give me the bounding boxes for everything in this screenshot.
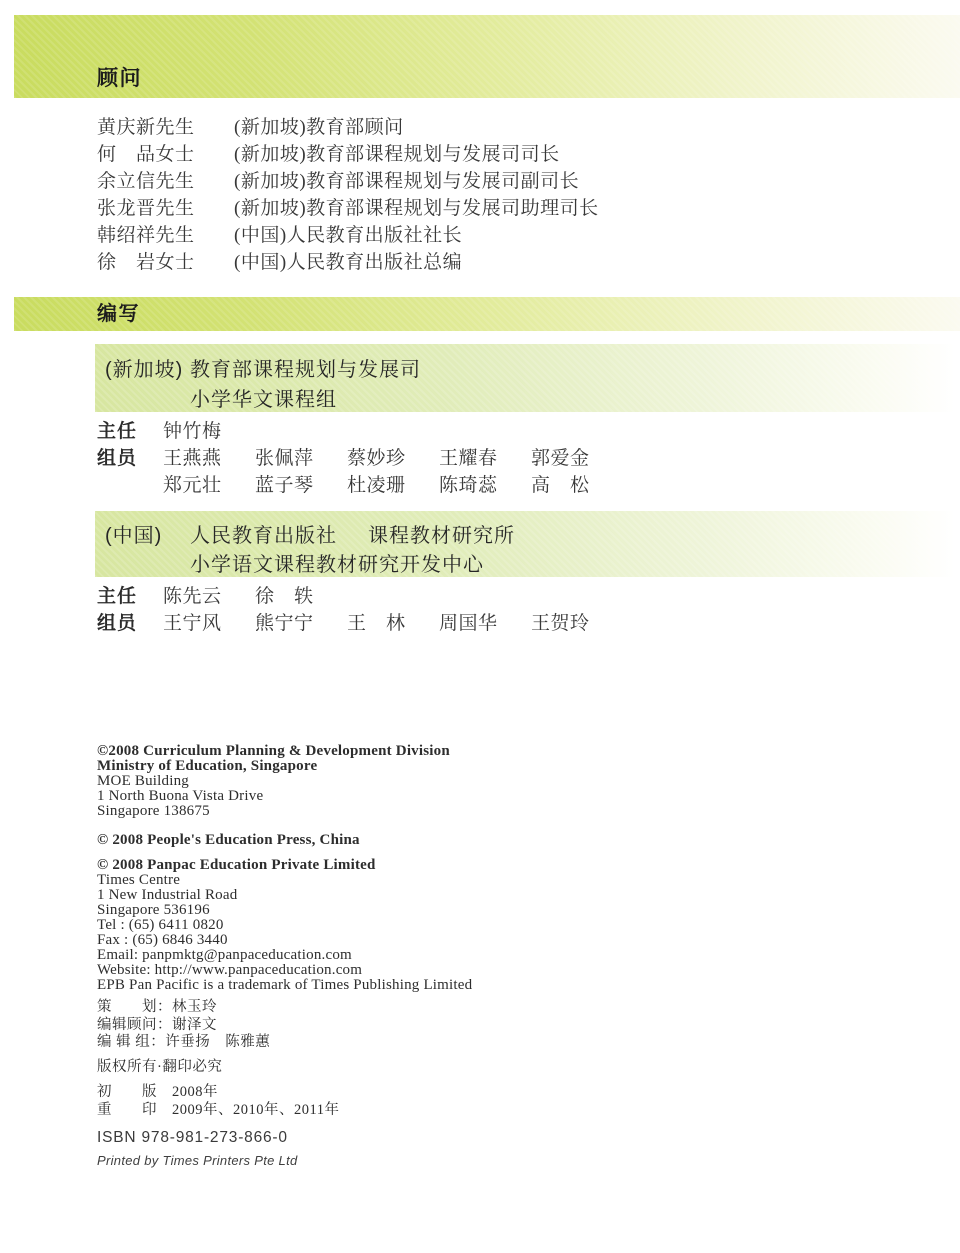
advisor-name: 黄庆新先生 — [97, 112, 234, 139]
credits-group: 策 划：林玉玲 编辑顾问：谢泽文 编 辑 组：许垂扬 陈雅蕙 — [97, 999, 472, 1052]
china-team: 主任 陈先云 徐 轶 组员 王宁风 熊宁宁 王 林 周国华 王贺玲 — [97, 581, 623, 635]
members-row: 组员 王燕燕 张佩萍 蔡妙珍 王耀春 郭爱金 — [97, 443, 623, 470]
advisor-name: 张龙晋先生 — [97, 193, 234, 220]
address-line: MOE Building — [97, 774, 472, 789]
tel-line: Tel : (65) 6411 0820 — [97, 918, 472, 933]
advisor-role: (新加坡)教育部课程规划与发展司助理司长 — [234, 193, 599, 220]
members-row: 组员 王宁风 熊宁宁 王 林 周国华 王贺玲 — [97, 608, 623, 635]
member-name: 郭爱金 — [531, 443, 623, 470]
editorial-header-band: 编写 — [14, 297, 960, 331]
advisors-list: 黄庆新先生 (新加坡)教育部顾问 何 品女士 (新加坡)教育部课程规划与发展司司… — [97, 112, 599, 274]
copyright-line: Ministry of Education, Singapore — [97, 759, 472, 774]
panpac-copyright-group: © 2008 Panpac Education Private Limited … — [97, 858, 472, 993]
director-name: 徐 轶 — [255, 581, 347, 608]
director-row: 主任 陈先云 徐 轶 — [97, 581, 623, 608]
editorial-heading: 编写 — [97, 297, 140, 326]
copyright-line: ©2008 Curriculum Planning & Development … — [97, 744, 472, 759]
trademark-line: EPB Pan Pacific is a trademark of Times … — [97, 978, 472, 993]
singapore-team: 主任 钟竹梅 组员 王燕燕 张佩萍 蔡妙珍 王耀春 郭爱金 郑元壮 蓝子琴 杜凌… — [97, 416, 623, 497]
director-row: 主任 钟竹梅 — [97, 416, 623, 443]
address-line: Singapore 536196 — [97, 903, 472, 918]
singapore-org-box: (新加坡) 教育部课程规划与发展司 小学华文课程组 — [95, 344, 955, 412]
member-name: 王宁风 — [163, 608, 255, 635]
member-name: 熊宁宁 — [255, 608, 347, 635]
advisor-row: 韩绍祥先生 (中国)人民教育出版社社长 — [97, 220, 599, 247]
rights-notice: 版权所有·翻印必究 — [97, 1059, 472, 1075]
member-name: 蓝子琴 — [255, 470, 347, 497]
singapore-org-line1: 教育部课程规划与发展司 — [190, 353, 421, 382]
member-name: 郑元壮 — [163, 470, 255, 497]
member-name: 王燕燕 — [163, 443, 255, 470]
member-name: 周国华 — [439, 608, 531, 635]
credit-line: 编辑顾问：谢泽文 — [97, 1017, 472, 1035]
member-name: 王 林 — [347, 608, 439, 635]
china-org-line1b: 课程教材研究所 — [368, 519, 515, 548]
member-name: 高 松 — [531, 470, 623, 497]
cpdd-copyright-group: ©2008 Curriculum Planning & Development … — [97, 744, 472, 819]
advisor-name: 韩绍祥先生 — [97, 220, 234, 247]
member-name: 张佩萍 — [255, 443, 347, 470]
advisors-heading: 顾问 — [97, 62, 142, 92]
book-copyright-page: 顾问 黄庆新先生 (新加坡)教育部顾问 何 品女士 (新加坡)教育部课程规划与发… — [0, 0, 960, 1253]
advisor-name: 何 品女士 — [97, 139, 234, 166]
copyright-line: © 2008 Panpac Education Private Limited — [97, 858, 472, 873]
editions-group: 初 版 2008年 重 印 2009年、2010年、2011年 — [97, 1083, 472, 1119]
member-name: 杜凌珊 — [347, 470, 439, 497]
credit-line: 编 辑 组：许垂扬 陈雅蕙 — [97, 1034, 472, 1052]
advisor-name: 余立信先生 — [97, 166, 234, 193]
advisor-row: 徐 岩女士 (中国)人民教育出版社总编 — [97, 247, 599, 274]
member-name: 陈琦蕊 — [439, 470, 531, 497]
china-tag: (中国) — [105, 519, 162, 548]
advisor-row: 余立信先生 (新加坡)教育部课程规划与发展司副司长 — [97, 166, 599, 193]
advisor-name: 徐 岩女士 — [97, 247, 234, 274]
advisor-row: 张龙晋先生 (新加坡)教育部课程规划与发展司助理司长 — [97, 193, 599, 220]
advisor-role: (新加坡)教育部课程规划与发展司司长 — [234, 139, 560, 166]
singapore-tag: (新加坡) — [105, 353, 183, 382]
address-line: 1 North Buona Vista Drive — [97, 789, 472, 804]
member-name: 蔡妙珍 — [347, 443, 439, 470]
director-name: 陈先云 — [163, 581, 255, 608]
advisor-row: 黄庆新先生 (新加坡)教育部顾问 — [97, 112, 599, 139]
pep-copyright-group: © 2008 People's Education Press, China — [97, 833, 472, 848]
member-name: 王耀春 — [439, 443, 531, 470]
director-name: 钟竹梅 — [163, 416, 255, 443]
email-line: Email: panpmktg@panpaceducation.com — [97, 948, 472, 963]
colophon: ©2008 Curriculum Planning & Development … — [97, 744, 472, 1168]
edition-line: 重 印 2009年、2010年、2011年 — [97, 1101, 472, 1119]
printer-note: Printed by Times Printers Pte Ltd — [97, 1154, 472, 1168]
advisor-row: 何 品女士 (新加坡)教育部课程规划与发展司司长 — [97, 139, 599, 166]
advisor-role: (新加坡)教育部顾问 — [234, 112, 404, 139]
edition-line: 初 版 2008年 — [97, 1083, 472, 1101]
isbn: ISBN 978-981-273-866-0 — [97, 1129, 472, 1146]
advisors-header-band: 顾问 — [14, 15, 960, 98]
director-label: 主任 — [97, 416, 163, 443]
address-line: Times Centre — [97, 873, 472, 888]
china-org-line2: 小学语文课程教材研究开发中心 — [190, 548, 484, 577]
china-org-box: (中国) 人民教育出版社 课程教材研究所 小学语文课程教材研究开发中心 — [95, 511, 955, 577]
members-row: 郑元壮 蓝子琴 杜凌珊 陈琦蕊 高 松 — [97, 470, 623, 497]
copyright-line: © 2008 People's Education Press, China — [97, 833, 472, 848]
members-label: 组员 — [97, 443, 163, 470]
address-line: Singapore 138675 — [97, 804, 472, 819]
fax-line: Fax : (65) 6846 3440 — [97, 933, 472, 948]
advisor-role: (新加坡)教育部课程规划与发展司副司长 — [234, 166, 579, 193]
director-label: 主任 — [97, 581, 163, 608]
advisor-role: (中国)人民教育出版社社长 — [234, 220, 462, 247]
address-line: 1 New Industrial Road — [97, 888, 472, 903]
member-name: 王贺玲 — [531, 608, 623, 635]
members-label: 组员 — [97, 608, 163, 635]
credit-line: 策 划：林玉玲 — [97, 999, 472, 1017]
singapore-org-line2: 小学华文课程组 — [190, 383, 337, 412]
website-line: Website: http://www.panpaceducation.com — [97, 963, 472, 978]
china-org-line1a: 人民教育出版社 — [190, 519, 337, 548]
advisor-role: (中国)人民教育出版社总编 — [234, 247, 462, 274]
